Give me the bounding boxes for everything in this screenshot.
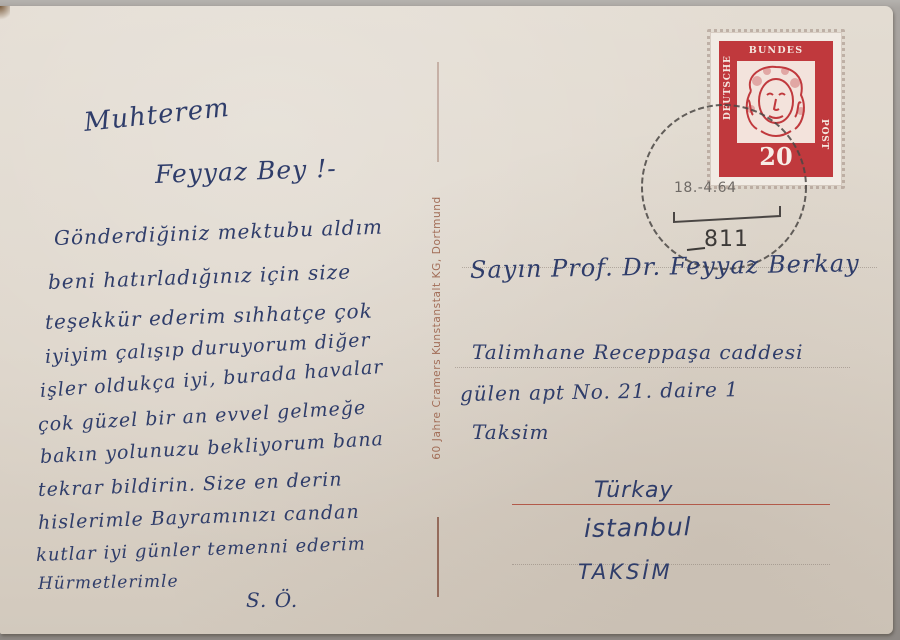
address-line-country (512, 504, 830, 505)
address-city: istanbul (584, 512, 692, 543)
center-divider-bottom (437, 517, 439, 597)
center-divider-top (437, 62, 439, 162)
address-district: Taksim (472, 420, 549, 444)
corner-stain (0, 6, 10, 20)
address-country: Türkay (594, 478, 673, 503)
message-closing: Hürmetlerimle (38, 572, 179, 594)
photo-scene: 60 Jahre Cramers Kunstanstalt KG, Dortmu… (0, 0, 900, 640)
postmark-code: 811 (704, 227, 749, 252)
postmark-date: 18.-4.64 (674, 180, 737, 196)
address-line-2 (455, 367, 850, 368)
signature: S. Ö. (246, 588, 298, 612)
stamp-text-post: POST (819, 119, 829, 133)
address-street: Talimhane Receppaşa caddesi (472, 340, 804, 364)
address-area: TAKSİM (578, 560, 673, 584)
publisher-imprint: 60 Jahre Cramers Kunstanstalt KG, Dortmu… (431, 196, 443, 459)
stamp-text-bundes: BUNDES (719, 45, 833, 56)
address-building: gülen apt No. 21. daire 1 (460, 377, 739, 406)
